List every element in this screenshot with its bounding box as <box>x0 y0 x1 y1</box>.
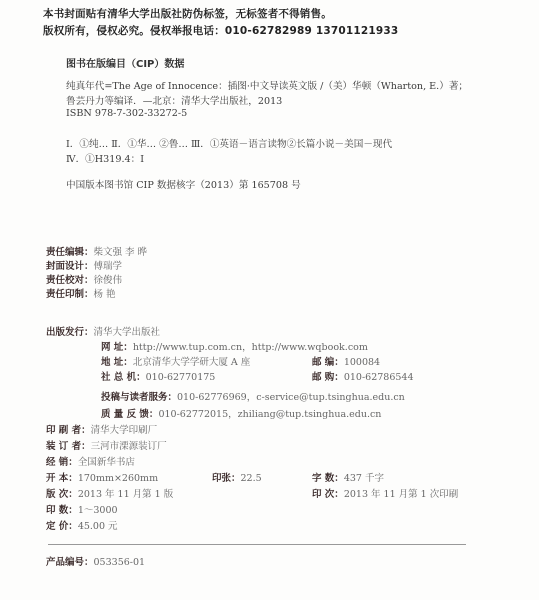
quality-feedback-value: 010-62772015，zhiliang@tup.tsinghua.edu.c… <box>158 409 381 420</box>
price-value: 45.00 元 <box>78 521 118 532</box>
sheets-value: 22.5 <box>241 473 262 484</box>
sheets-row: 印张：22.5 <box>212 466 262 485</box>
cip-record-number: 中国版本图书馆 CIP 数据核字（2013）第 165708 号 <box>66 177 301 191</box>
product-code-label: 产品编号： <box>46 557 94 568</box>
sheets-label: 印张： <box>212 473 241 484</box>
footer-divider <box>48 544 466 545</box>
mail-order-value: 010-62786544 <box>344 372 414 383</box>
printing-label: 印 次： <box>312 489 344 500</box>
anti-counterfeit-notice: 本书封面贴有清华大学出版社防伪标签，无标签者不得销售。 <box>43 6 332 21</box>
staff-label: 责任印制： <box>46 289 94 300</box>
switchboard-row: 社 总 机：010-62770175 <box>101 365 215 384</box>
switchboard-value: 010-62770175 <box>146 372 216 383</box>
cip-publisher-line: 鲁芸丹力等编译．—北京：清华大学出版社，2013 <box>66 93 282 107</box>
price-row: 定 价：45.00 元 <box>46 514 118 533</box>
cip-classification-1: Ⅰ．①纯… Ⅱ．①华… ②鲁… Ⅲ．①英语－语言读物②长篇小说－美国－现代 <box>66 136 392 150</box>
cip-classification-2: Ⅳ．①H319.4：Ⅰ <box>66 151 144 165</box>
cip-isbn: ISBN 978-7-302-33272-5 <box>66 108 187 119</box>
cip-title: 图书在版编目（CIP）数据 <box>66 55 184 70</box>
printing-value: 2013 年 11 月第 1 次印刷 <box>344 489 458 500</box>
staff-value: 杨 艳 <box>94 289 116 300</box>
cip-title-line: 纯真年代=The Age of Innocence：插图·中文导读英文版 /（美… <box>66 78 468 92</box>
publisher-label: 出版发行： <box>46 327 94 338</box>
copyright-notice: 版权所有，侵权必究。侵权举报电话：010-62782989 1370112193… <box>43 23 398 38</box>
product-code-value: 053356-01 <box>94 557 146 568</box>
printing-row: 印 次：2013 年 11 月第 1 次印刷 <box>312 482 458 501</box>
price-label: 定 价： <box>46 521 78 532</box>
staff-printing: 责任印制：杨 艳 <box>46 282 116 301</box>
product-code-row: 产品编号：053356-01 <box>46 550 145 569</box>
switchboard-label: 社 总 机： <box>101 372 146 383</box>
mail-order-label: 邮 购： <box>312 372 344 383</box>
mail-order-row: 邮 购：010-62786544 <box>312 365 414 384</box>
